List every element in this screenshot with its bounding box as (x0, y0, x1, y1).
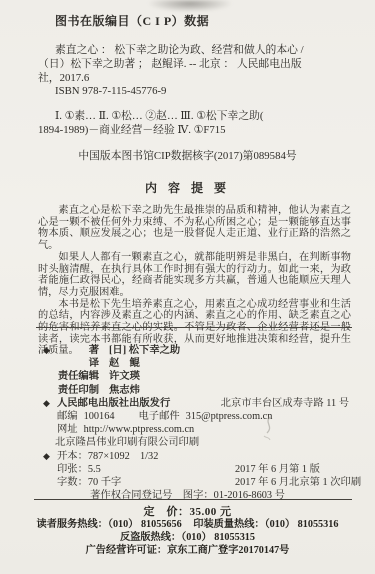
sheets-edition-row: 印张：5.5 2017 年 6 月第 1 版 (38, 460, 349, 473)
divider-top (36, 327, 352, 328)
cip-class-line: Ⅰ. ①素… Ⅱ. ①松… ②赵… Ⅲ. ①松下幸之助( (38, 110, 351, 124)
translator-row: 译 赵 鲲 (38, 354, 349, 367)
print-supervisor-row: 责任印制 焦志炜 (38, 381, 349, 394)
scan-smudge (147, 0, 233, 12)
book-copyright-page: 图书在版编目（C I P）数据 素直之心 ： 松下幸之助论为政、经营和做人的本心… (0, 0, 375, 574)
price-hotline-footer: 定 价：35.00 元 读者服务热线：（010） 81055656 印装质量热线… (0, 506, 375, 558)
cip-record-line: 社，2017.6 (38, 72, 351, 86)
divider-bottom (34, 499, 352, 500)
cip-record: 素直之心 ： 松下幸之助论为政、经营和做人的本心 / （日）松下幸之助著 ； 赵… (38, 44, 351, 99)
cip-record-line: 素直之心 ： 松下幸之助论为政、经营和做人的本心 / (38, 44, 351, 58)
ad-license: 广告经营许可证：京东工商广登字20170147号 (0, 545, 375, 558)
printing-company-row: 北京隆昌伟业印刷有限公司印刷 (38, 433, 349, 446)
colophon: ◆ 著 [日] 松下幸之助 译 赵 鲲 责任编辑 许文瑛 责任印制 焦志炜 ◆ … (38, 341, 349, 486)
publisher-row: ◆ 人民邮电出版社出版发行 北京市丰台区成寿寺路 11 号 (38, 394, 349, 407)
quality-hotline: 印装质量热线：（010） 81055316 (193, 519, 338, 530)
editor-row: 责任编辑 许文瑛 (38, 367, 349, 380)
summary-body: 素直之心是松下幸之助先生最推崇的品质和精神，他认为素直之心是一颗不被任何外力束缚… (38, 205, 351, 357)
cip-record-line: （日）松下幸之助著 ； 赵鲲译. -- 北京 ： 人民邮电出版 (38, 58, 351, 72)
cip-class-line: 1894-1989)－商业经营－经验 Ⅳ. ①F715 (38, 124, 351, 138)
reader-hotline: 读者服务热线：（010） 81055656 (37, 519, 182, 530)
author-row: ◆ 著 [日] 松下幸之助 (38, 341, 349, 354)
wordcount-impression-row: 字数：70 千字 2017 年 6 月北京第 1 次印刷 (38, 473, 349, 486)
isbn-line: ISBN 978-7-115-45776-9 (38, 85, 351, 99)
summary-paragraph: 素直之心是松下幸之助先生最推崇的品质和精神，他认为素直之心是一颗不被任何外力束缚… (38, 205, 351, 252)
cip-header: 图书在版编目（C I P）数据 (55, 12, 209, 29)
stray-pencil-mark (250, 414, 282, 446)
website-row: 网址 http://www.ptpress.com.cn (38, 420, 349, 433)
cip-registry-note: 中国版本图书馆CIP数据核字(2017)第089584号 (30, 148, 345, 163)
summary-paragraph: 如果人人都有一颗素直之心，就都能明辨是非黑白，在判断事物时头脑清醒，在执行具体工… (38, 252, 351, 299)
postcode-email-row: 邮编 100164 电子邮件 315@ptpress.com.cn (38, 407, 349, 420)
summary-title: 内 容 提 要 (0, 179, 375, 196)
hotline-line: 读者服务热线：（010） 81055656 印装质量热线：（010） 81055… (0, 519, 375, 532)
price-line: 定 价：35.00 元 (0, 506, 375, 519)
antipiracy-hotline: 反盗版热线：（010） 81055315 (0, 532, 375, 545)
cip-classification: Ⅰ. ①素… Ⅱ. ①松… ②赵… Ⅲ. ①松下幸之助( 1894-1989)－… (38, 110, 351, 138)
format-row: ◆ 开本：787×1092 1/32 (38, 447, 349, 460)
